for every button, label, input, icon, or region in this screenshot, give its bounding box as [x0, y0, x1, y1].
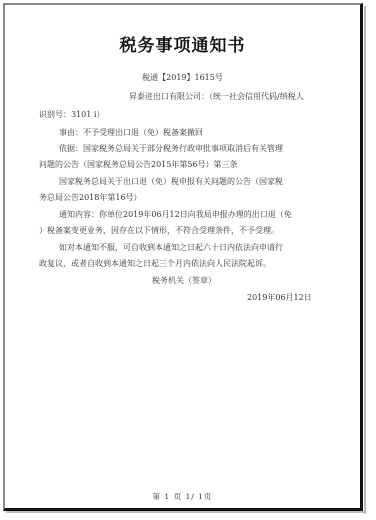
notice-line-1: 通知内容：你单位2019年06月12日向我局申报办理的出口退（免: [59, 209, 292, 220]
basis-line-1: 依据：国家税务总局关于部分税务行政审批事项取消后有关管理: [59, 143, 283, 154]
basis2-line-2: 务总局公告2018年第16号）: [39, 192, 142, 203]
appeal-line-2: 政复议，或者自收到本通知之日起三个月内依法向人民法院起诉。: [39, 258, 271, 269]
document-page: 税务事项通知书 税通【2019】1615号 昇泰进出口有限公司：（统一社会信用代…: [3, 3, 363, 511]
addressee-line-2: 识别号：3101 i）: [39, 109, 104, 120]
basis2-line-1: 国家税务总局关于出口退（免）税申报有关问题的公告（国家税: [59, 176, 283, 187]
signature-line: 税务机关（签章）: [152, 275, 216, 286]
appeal-line-1: 如对本通知不服，可自收到本通知之日起六十日内依法向申请行: [59, 242, 283, 253]
basis-line-2: 问题的公告（国家税务总局公告2015年第56号）第三条: [39, 159, 238, 170]
document-title: 税务事项通知书: [5, 31, 360, 56]
document-number: 税通【2019】1615号: [5, 72, 360, 83]
page-shadow-right: [364, 6, 366, 514]
page-footer: 第 1 页 1/ 1页: [5, 491, 360, 502]
subject-line: 事由：不予受理出口退（免）税备案撤回: [59, 127, 203, 138]
document-date: 2019年06月12日: [247, 292, 312, 303]
notice-line-2: ）税备案变更业务，因存在以下情形，不符合受理条件，不予受理。: [39, 225, 279, 236]
page-shadow-bottom: [6, 511, 366, 513]
addressee-line-1: 昇泰进出口有限公司：（统一社会信用代码/纳税人: [129, 91, 304, 102]
